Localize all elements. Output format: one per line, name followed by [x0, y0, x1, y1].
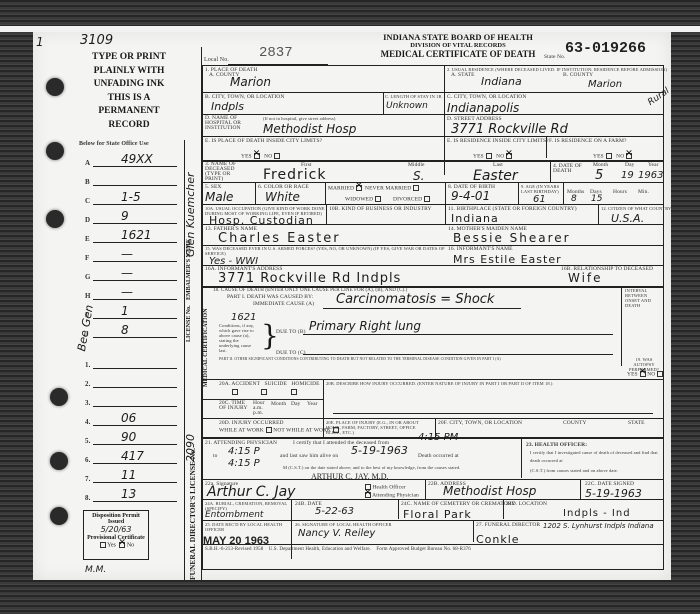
date-of-birth: 9-4-01 [451, 189, 490, 203]
cause-code: 1621 [231, 312, 256, 323]
farm-no-checkbox[interactable] [626, 153, 632, 159]
field-divider [325, 182, 326, 204]
punch-hole [46, 210, 64, 228]
decedent-first-name: Fredrick [263, 167, 326, 183]
license-no-label: LICENSE No. [186, 305, 192, 342]
bracket: } [261, 322, 279, 350]
number-row-underline [93, 368, 177, 369]
row-line [202, 379, 664, 380]
physician-signature: Arthur C. Jay [207, 484, 295, 500]
age-months: 8 [571, 194, 577, 204]
decedent-sex: Male [205, 190, 233, 204]
field-divider [621, 286, 622, 366]
row-line [202, 418, 664, 419]
death-year: 1963 [638, 170, 663, 181]
letter-row-underline [93, 242, 177, 243]
field-divider [503, 499, 504, 519]
funeral-director-address: 1202 S. Lynhurst Indpls Indiana [543, 522, 654, 530]
letter-row-value: — [121, 285, 133, 299]
letter-row-underline [93, 204, 177, 205]
death-month: 5 [595, 168, 603, 183]
number-row-underline [93, 463, 177, 464]
column-divider [444, 65, 445, 175]
punch-hole [50, 452, 68, 470]
row-line [202, 520, 664, 521]
provisional-yes-checkbox[interactable] [100, 542, 106, 548]
while-at-work-checkbox[interactable] [266, 427, 272, 433]
suicide-checkbox[interactable] [261, 389, 267, 395]
residence-inside-city-yes-checkbox[interactable] [486, 153, 492, 159]
letter-row-value: 8 [121, 323, 129, 337]
underline [333, 413, 653, 414]
row-line [202, 114, 664, 115]
decedent-middle-name: S. [413, 169, 424, 183]
number-row-value: 11 [121, 468, 136, 482]
punch-hole [50, 507, 68, 525]
local-no-label: Local No. [204, 57, 229, 63]
underline [303, 334, 613, 335]
date-received-stamp: MAY 20 1963 [203, 535, 269, 547]
number-row-underline [93, 406, 177, 407]
row-line [202, 136, 664, 137]
field-divider [255, 182, 256, 204]
widowed-checkbox[interactable] [375, 196, 381, 202]
letter-row-value: — [121, 266, 133, 280]
field-divider [563, 182, 564, 204]
number-row-underline [93, 387, 177, 388]
residence-city: Indianapolis [447, 101, 519, 115]
number-row-underline [93, 482, 177, 483]
field-divider [445, 182, 446, 204]
due-to-b: Primary Right lung [309, 319, 421, 333]
hospital-name: Methodist Hosp [263, 122, 356, 136]
decedent-race: White [265, 190, 300, 204]
letter-row-underline [93, 223, 177, 224]
accident-checkbox[interactable] [232, 389, 238, 395]
burial-date: 5-22-63 [315, 506, 354, 517]
field-divider [473, 520, 474, 542]
attending-physician-checkbox[interactable] [365, 492, 371, 498]
field-divider [518, 182, 519, 204]
corner-mark: 1 [36, 35, 44, 49]
death-city: Indpls [211, 100, 244, 113]
letter-row-value: — [121, 247, 133, 261]
number-row-value: 13 [121, 487, 136, 501]
length-of-stay: Unknown [386, 101, 428, 111]
letter-row-key: I [85, 311, 88, 319]
field-divider [445, 204, 446, 224]
physician-address: Methodist Hosp [443, 484, 536, 498]
number-row-key: 2. [85, 380, 90, 388]
registrar-signature: Nancy V. Reiley [298, 528, 375, 539]
letter-row-key: J [85, 330, 89, 338]
letter-row-underline [93, 280, 177, 281]
number-row-value: 90 [121, 430, 136, 444]
number-row-key: 4. [85, 418, 90, 426]
field-divider [550, 160, 551, 182]
field-divider [398, 499, 399, 519]
father-name: Charles Easter [218, 231, 341, 246]
punch-hole [46, 78, 64, 96]
attended-from-time: 4:15 PM [418, 432, 458, 443]
field-divider [580, 479, 581, 499]
row-line [202, 479, 664, 480]
letter-row-underline [93, 337, 177, 338]
letter-row-value: 1621 [121, 228, 152, 242]
header: INDIANA STATE BOARD OF HEALTH DIVISION O… [373, 32, 543, 59]
death-certificate: 1 3109 TYPE OR PRINT PLAINLY WITH UNFADI… [33, 32, 671, 580]
letter-row-key: A [85, 159, 90, 167]
embalmer-name: Glen Kuemcher [184, 173, 197, 258]
death-day: 19 [621, 170, 634, 181]
letter-row-key: H [85, 292, 91, 300]
number-row-underline [93, 501, 177, 502]
provisional-no-checkbox[interactable] [119, 542, 125, 548]
state-no-label: State No. [544, 54, 565, 60]
burial-method: Entombment [205, 510, 263, 520]
local-no: 2837 [259, 45, 293, 61]
letter-row-key: F [85, 254, 89, 262]
letter-row-underline [93, 261, 177, 262]
letter-row-underline [93, 318, 177, 319]
cemetery-location: Indpls - Ind [563, 508, 631, 519]
disposition-permit-box: Disposition Permit Issued 5/20/63 Provis… [83, 510, 149, 560]
letter-row-value: 9 [121, 209, 129, 223]
informant-address: 3771 Rockville Rd Indpls [218, 271, 401, 286]
never-married-checkbox[interactable] [413, 185, 419, 191]
residence-street: 3771 Rockville Rd [451, 122, 568, 137]
divorced-checkbox[interactable] [424, 196, 430, 202]
field-divider [326, 204, 327, 224]
last-saw-alive-date: 5-19-1963 [351, 444, 408, 457]
age-days: 15 [591, 194, 602, 204]
mother-maiden-name: Bessie Shearer [453, 231, 571, 245]
number-row-underline [93, 425, 177, 426]
letter-row-value: 1-5 [121, 190, 141, 204]
number-row-underline [93, 444, 177, 445]
letter-row-value: 49XX [121, 152, 153, 166]
residence-county: Marion [588, 79, 622, 90]
death-county: Marion [230, 75, 271, 89]
funeral-director-license: 2090 [184, 434, 197, 462]
residence-inside-city-no-checkbox[interactable] [506, 153, 512, 159]
underline [323, 308, 521, 309]
number-row-key: 6. [85, 456, 90, 464]
letter-row-key: E [85, 235, 90, 243]
field-divider [521, 437, 522, 478]
autopsy-yes-checkbox[interactable] [640, 371, 646, 377]
row-line [202, 92, 664, 93]
letter-row-underline [93, 185, 177, 186]
death-inside-city-yes-checkbox[interactable] [254, 153, 260, 159]
field-divider [546, 136, 547, 158]
letter-row-underline [93, 166, 177, 167]
death-occurred-time: 4:15 P [228, 458, 260, 469]
immediate-cause: Carcinomatosis = Shock [336, 292, 494, 307]
corner-number: 3109 [80, 33, 113, 48]
autopsy-no-checkbox[interactable] [657, 371, 663, 377]
death-inside-city-no-checkbox[interactable] [274, 153, 280, 159]
letter-row-value: 1 [121, 304, 129, 318]
letter-row-key: G [85, 273, 91, 281]
number-row-value: 417 [121, 449, 144, 463]
row-line [202, 182, 664, 183]
number-row-value: 06 [121, 411, 136, 425]
row-line [202, 224, 664, 225]
number-row-key: 5. [85, 437, 90, 445]
field-divider [598, 204, 599, 224]
row-line [202, 499, 664, 500]
letter-row-key: B [85, 178, 90, 186]
punch-hole [50, 388, 68, 406]
state-no: 63-019266 [565, 40, 646, 57]
letter-row-key: C [85, 197, 90, 205]
underline [303, 354, 613, 355]
attended-to-time: 4:15 P [228, 446, 260, 457]
state-office-use: Below for State Office Use [79, 141, 184, 147]
number-row-key: 3. [85, 399, 90, 407]
number-row-key: 7. [85, 475, 90, 483]
field-divider [425, 479, 426, 499]
letter-row-underline [93, 299, 177, 300]
punch-hole [46, 142, 64, 160]
number-row-key: 8. [85, 494, 90, 502]
relationship: Wife [568, 271, 603, 285]
residence-state: Indiana [481, 75, 522, 88]
initials: M.M. [85, 565, 106, 575]
letter-row-key: D [85, 216, 90, 224]
homicide-checkbox[interactable] [291, 389, 297, 395]
farm-yes-checkbox[interactable] [606, 153, 612, 159]
funeral-director-license-label: FUNERAL DIRECTOR'S LICENSE No. [188, 448, 197, 580]
field-divider [383, 92, 384, 114]
number-row-key: 1. [85, 361, 90, 369]
row-line [202, 544, 664, 545]
instructions: TYPE OR PRINT PLAINLY WITH UNFADING INK … [79, 51, 179, 132]
married-checkbox[interactable] [356, 185, 362, 191]
row-line [202, 204, 664, 205]
